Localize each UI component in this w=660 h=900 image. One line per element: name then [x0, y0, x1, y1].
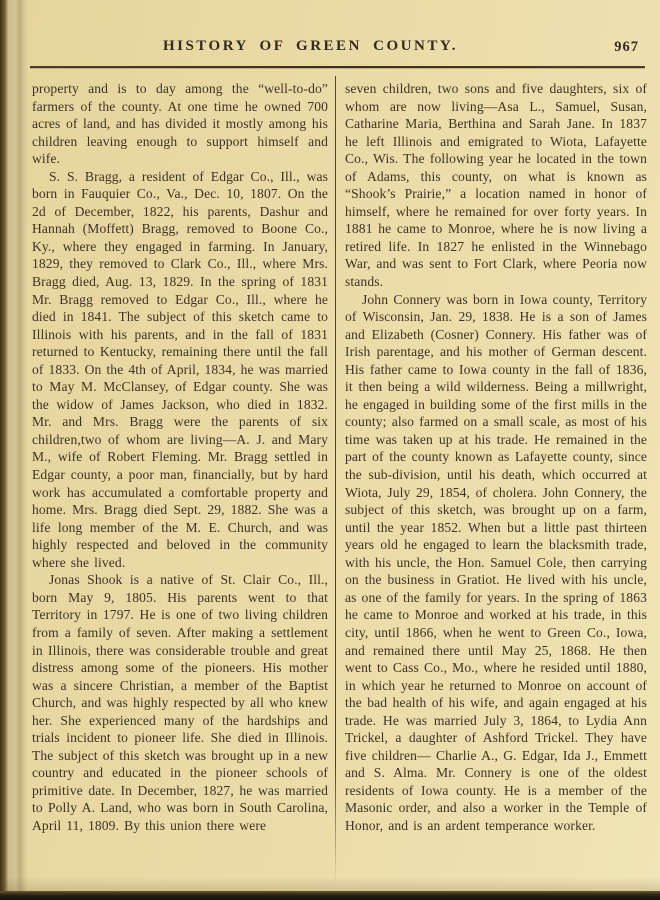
paragraph: Jonas Shook is a native of St. Clair Co.… — [32, 571, 328, 834]
header-rule — [30, 66, 645, 68]
running-head: HISTORY OF GREEN COUNTY. 967 — [28, 38, 653, 58]
page-bottom-edge — [0, 891, 660, 900]
paragraph: John Connery was born in Iowa county, Te… — [345, 291, 647, 835]
right-column: seven children, two sons and five daught… — [336, 80, 647, 861]
page-title: HISTORY OF GREEN COUNTY. — [28, 38, 593, 55]
page-number: 967 — [614, 39, 639, 56]
book-binding-edge — [0, 0, 28, 900]
paragraph: S. S. Bragg, a resident of Edgar Co., Il… — [32, 168, 328, 572]
book-page: HISTORY OF GREEN COUNTY. 967 property an… — [28, 0, 653, 891]
text-columns: property and is to day among the “well-t… — [32, 80, 647, 861]
page-bottom-shadow — [0, 877, 660, 891]
paragraph: seven children, two sons and five daught… — [345, 80, 647, 291]
paragraph: property and is to day among the “well-t… — [32, 80, 328, 168]
left-column: property and is to day among the “well-t… — [32, 80, 335, 861]
